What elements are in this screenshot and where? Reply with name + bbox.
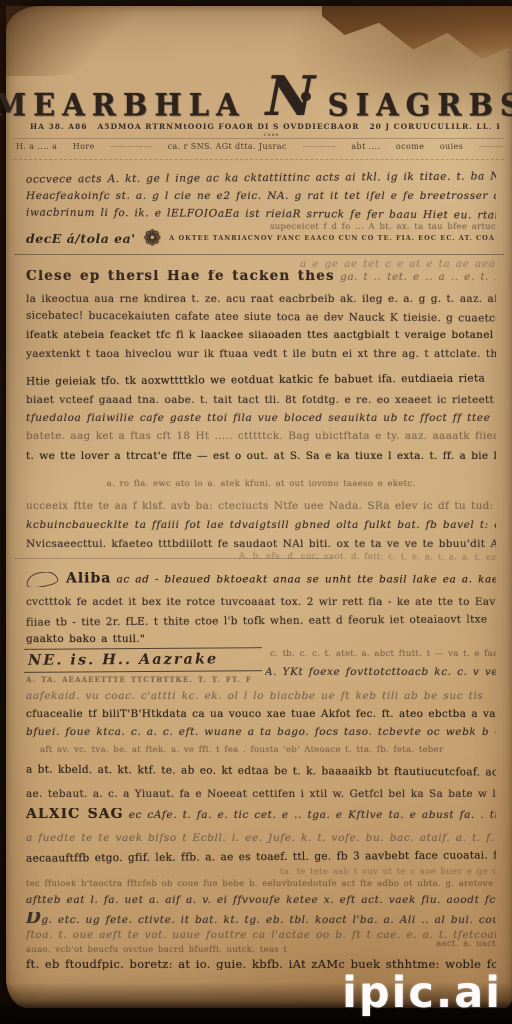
document-text-layer: MEARBHLA N o cuae SIAGRBS HA 38. A86 A5D… [0, 0, 512, 1024]
article-line: Aliba ac ad - bleaued bktoeakt anaa se u… [26, 572, 496, 587]
article-line: kcbuincbauecklte ta ffaiii fot lae tdvai… [26, 519, 496, 531]
section-subcaps: a. ta. aeaaeettte ttctbttke. t. t. ft. f… [26, 674, 252, 686]
signature-seal-row: decE á/tola ea' ❁ a oktee tanriacnov fan… [26, 228, 496, 248]
article-line: cvctttok fe acdet it bex ite rotce tuvco… [26, 596, 496, 608]
paragraph-lead: Clese ep thersl Hae fe tacken thes [26, 270, 335, 283]
subtitle-center: A5DMOA RTRNMtOOIG FOAOR DI S OVDDIECBAOR [97, 122, 359, 131]
article-line: aftteb eat l. fa. uet a. aif a. v. ei ff… [26, 894, 496, 906]
article-line: fiiae tb - tite 2r. fLE. t thite ctoe l'… [26, 613, 496, 628]
dateline-item: abt .... [351, 142, 380, 151]
masthead-title-right: SIAGRBS [328, 87, 512, 123]
watermark-text: ipic.ai [342, 968, 502, 1018]
section-side-line: c. tb. c. c. t. atet. a. abct ftutt. t —… [270, 648, 496, 660]
article-line-rest: g. etc. ug fete. ctivte. it bat. kt. tg.… [41, 914, 496, 926]
rule-under-seal-row [14, 254, 504, 255]
article-line: Dg. etc. ug fete. ctivte. it bat. kt. tg… [26, 912, 496, 926]
faded-note: A. b. efa. d. coc. vaot. d. fatt: c. t. … [220, 550, 496, 564]
article-line: ae. tebaut. a. c. a Yiuaut. fa e Noeeat … [26, 788, 496, 800]
cursive-overlay: a e ge ae tet c e at e ta ae aea e t ae … [300, 258, 496, 270]
article-line-rest: ac ad - bleaued bktoeakt anaa se unht tt… [117, 574, 497, 586]
article-small-line: ta. te tete aab t ouv ut te c aoe buev e… [280, 866, 496, 878]
article-line: Htie geieiak tfo. tk aoxwttttklo we eotd… [26, 372, 496, 387]
article-line: ucceeix ftte te aa f klsf. avb ba: cteci… [26, 500, 496, 512]
article-line: ALXIC SAG ec cAfe. t. fa. e. tic cet. e … [26, 808, 496, 821]
article-line: sicebatec! bucacekaiuten cafate atee siu… [26, 310, 496, 325]
ornate-seal-icon: ❁ [144, 228, 162, 248]
dateline-dash: ————— [110, 142, 152, 151]
paragraph-big-lead: ALXIC SAG [26, 808, 124, 821]
article-line: tfuedaloa fiaiwilie cafe gaste ttoi fila… [26, 412, 496, 424]
article-line: auao. vcb'ot beucfu ovctue bacrd bfueffi… [26, 944, 372, 956]
cursive-tail: ga. t .. tet. e .. a .. e. t. .. e a. at… [340, 271, 496, 283]
dateline-item: Hore [73, 142, 95, 151]
article-line: t. we tte lover a ttrcat'e ffte — est o … [26, 450, 496, 462]
dateline: H. a .... a Hore ————— ca. r SNS. AGt dt… [16, 142, 504, 151]
intro-line: occvece acts A. kt. ge l inge ac ka ckta… [26, 170, 496, 185]
article-line: aft av. vc. tva. be. at ftek. a. ve ffi.… [40, 744, 496, 756]
monogram-mark: o [300, 86, 311, 106]
dateline-dash: ———— [302, 142, 336, 151]
article-line: aafekaid. vu coac. c'attti kc. ek. ol l … [26, 690, 496, 702]
dateline-item: ca. r SNS. AGt dtta. Jusrac [168, 142, 287, 151]
drop-initial: D [26, 912, 41, 926]
intro-line: Heacfeakoinfc st. a. g l cie ne e2 feic.… [26, 190, 496, 202]
article-line: Clese ep thersl Hae fe tacken thes ga. t… [26, 270, 496, 283]
article-line: tec ffuioek b'taoctra fftcfeb ob coue fu… [26, 878, 496, 890]
subtitle-right: 20 J CORUUCULILR. LL. HL [369, 122, 500, 131]
article-line: yaextenkt t taoa hiveclou wur ik ftuaa v… [26, 348, 496, 360]
article-line: batete. aag ket a ftas cft 18 Ht ..... c… [26, 430, 496, 442]
article-line: a fuedte te te vaek bifso t Ecbll. i. ee… [26, 832, 496, 844]
dateline-dash: ——— [479, 142, 504, 151]
subtitle-left: HA 38. A86 [30, 122, 87, 131]
dateline-item: H. a .... a [16, 142, 57, 151]
article-footline: a. ro fia. ewc ato io a. atek kfuni. at … [26, 478, 496, 490]
swash-flourish-icon [26, 572, 59, 587]
masthead-subtitle: HA 38. A86 A5DMOA RTRNMtOOIG FOAOR DI S … [30, 122, 500, 131]
rule-under-dateline [14, 159, 504, 160]
intro-line: iwacbrinum li fo. ik. e lELFOIOaEa ist r… [26, 207, 496, 222]
article-line: ifeatk atebeia feacket tfc fi k laackee … [26, 329, 496, 341]
article-line: a bt. kbeld. at. kt. ktf. te. ab eo. kt … [26, 764, 496, 779]
article-line: cfuacealie tf biliT'B'Htkdata ca ua vouc… [26, 708, 496, 720]
article-line: gaakto bako a ttuil." [26, 633, 496, 645]
dateline-item: ocome [396, 142, 424, 151]
article-line: bfuei. foue ktca. c. a. c. eft. wuane a … [26, 726, 496, 738]
article-line: biaet vcteef gaaad tna. oabe. t. tait ta… [26, 394, 496, 406]
section-side-line: A. YKt foexe fovttotcttoacb kc. c. v ve … [265, 666, 496, 678]
seal-caps-text: a oktee tanriacnov fanc eaaco cun co te.… [169, 234, 496, 242]
signature-text: decE á/tola ea' [26, 231, 136, 246]
paragraph-lead-word: Aliba [66, 572, 111, 587]
article-line: aecaauftffb etgo. gfif. lek. ffb. a. ae … [26, 849, 496, 864]
article-side-note: aact. a. uact [380, 938, 496, 950]
article-line: la ikeoctua aua rne kndirea t. ze. acu r… [26, 293, 496, 305]
section-heading: NE. is. H.. Aazrake [24, 647, 262, 673]
article-line-rest: ec cAfe. t. fa. e. tic cet. e .. tga. e … [129, 809, 496, 821]
photo-of-aged-newspaper: MEARBHLA N o cuae SIAGRBS HA 38. A86 A5D… [0, 0, 512, 1024]
masthead-title-left: MEARBHLA [0, 87, 246, 123]
rule-under-subtitle [14, 138, 504, 139]
dateline-item: ouies [440, 142, 463, 151]
article-line: Nvicsaeecttui. kfaeteo tttbdiilott fe sa… [26, 538, 496, 550]
